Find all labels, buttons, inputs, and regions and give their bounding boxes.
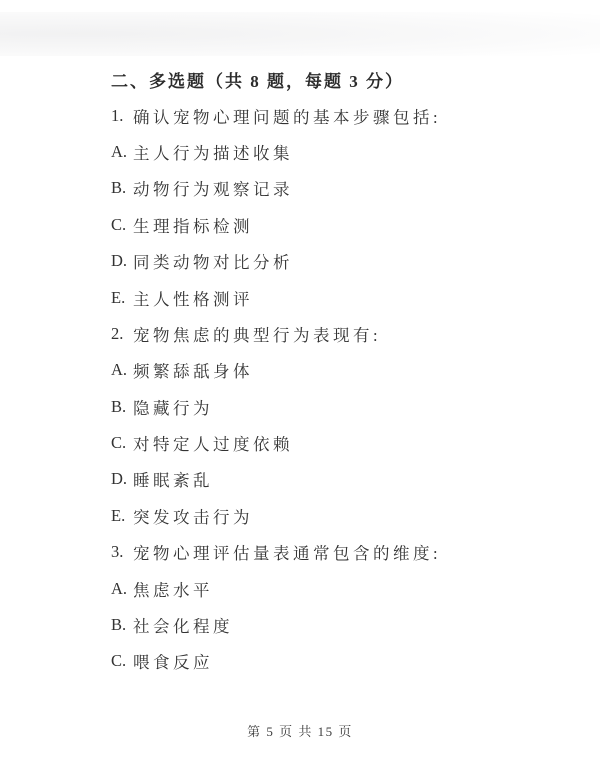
option-text: 动物行为观察记录 (133, 176, 293, 200)
option-text: 焦虑水平 (133, 577, 213, 601)
question-3-option-c: C. 喂食反应 (111, 643, 560, 679)
option-label: B. (111, 178, 133, 198)
option-label: A. (111, 360, 133, 380)
document-page: 二、多选题（共 8 题，每题 3 分） 1. 确认宠物心理问题的基本步骤包括: … (0, 0, 600, 776)
question-1-text: 确认宠物心理问题的基本步骤包括: (133, 104, 441, 128)
option-text: 频繁舔舐身体 (133, 358, 253, 382)
option-text: 隐藏行为 (133, 395, 213, 419)
option-text: 喂食反应 (133, 649, 213, 673)
question-2-text: 宠物焦虑的典型行为表现有: (133, 322, 381, 346)
page-number-indicator: 第 5 页 共 15 页 (0, 721, 600, 740)
question-2-option-a: A. 频繁舔舐身体 (111, 352, 560, 388)
option-label: A. (111, 142, 133, 162)
option-label: E. (111, 288, 133, 308)
option-label: C. (111, 651, 133, 671)
question-1-option-a: A. 主人行为描述收集 (111, 134, 560, 170)
question-3-number: 3. (111, 542, 133, 562)
question-1-option-d: D. 同类动物对比分析 (111, 243, 560, 279)
option-text: 突发攻击行为 (133, 504, 253, 528)
question-1: 1. 确认宠物心理问题的基本步骤包括: (111, 97, 560, 133)
option-label: C. (111, 215, 133, 235)
option-text: 生理指标检测 (133, 213, 253, 237)
question-1-option-e: E. 主人性格测评 (111, 279, 560, 315)
option-label: B. (111, 615, 133, 635)
option-text: 社会化程度 (133, 613, 233, 637)
question-2-option-d: D. 睡眠紊乱 (111, 461, 560, 497)
question-1-option-b: B. 动物行为观察记录 (111, 170, 560, 206)
section-title: 二、多选题（共 8 题，每题 3 分） (111, 61, 560, 97)
question-3-option-b: B. 社会化程度 (111, 607, 560, 643)
option-label: A. (111, 579, 133, 599)
option-label: E. (111, 506, 133, 526)
option-label: D. (111, 251, 133, 271)
question-2: 2. 宠物焦虑的典型行为表现有: (111, 316, 560, 352)
question-2-option-b: B. 隐藏行为 (111, 389, 560, 425)
option-text: 睡眠紊乱 (133, 467, 213, 491)
question-2-option-c: C. 对特定人过度依赖 (111, 425, 560, 461)
option-label: D. (111, 469, 133, 489)
exam-content: 二、多选题（共 8 题，每题 3 分） 1. 确认宠物心理问题的基本步骤包括: … (111, 61, 560, 680)
question-1-number: 1. (111, 106, 133, 126)
option-text: 主人行为描述收集 (133, 140, 293, 164)
option-text: 同类动物对比分析 (133, 249, 293, 273)
question-3: 3. 宠物心理评估量表通常包含的维度: (111, 534, 560, 570)
option-label: B. (111, 397, 133, 417)
page-top-shading (0, 12, 600, 56)
question-2-option-e: E. 突发攻击行为 (111, 498, 560, 534)
question-3-text: 宠物心理评估量表通常包含的维度: (133, 540, 441, 564)
option-text: 对特定人过度依赖 (133, 431, 293, 455)
question-3-option-a: A. 焦虑水平 (111, 570, 560, 606)
question-1-option-c: C. 生理指标检测 (111, 207, 560, 243)
option-label: C. (111, 433, 133, 453)
option-text: 主人性格测评 (133, 286, 253, 310)
question-2-number: 2. (111, 324, 133, 344)
